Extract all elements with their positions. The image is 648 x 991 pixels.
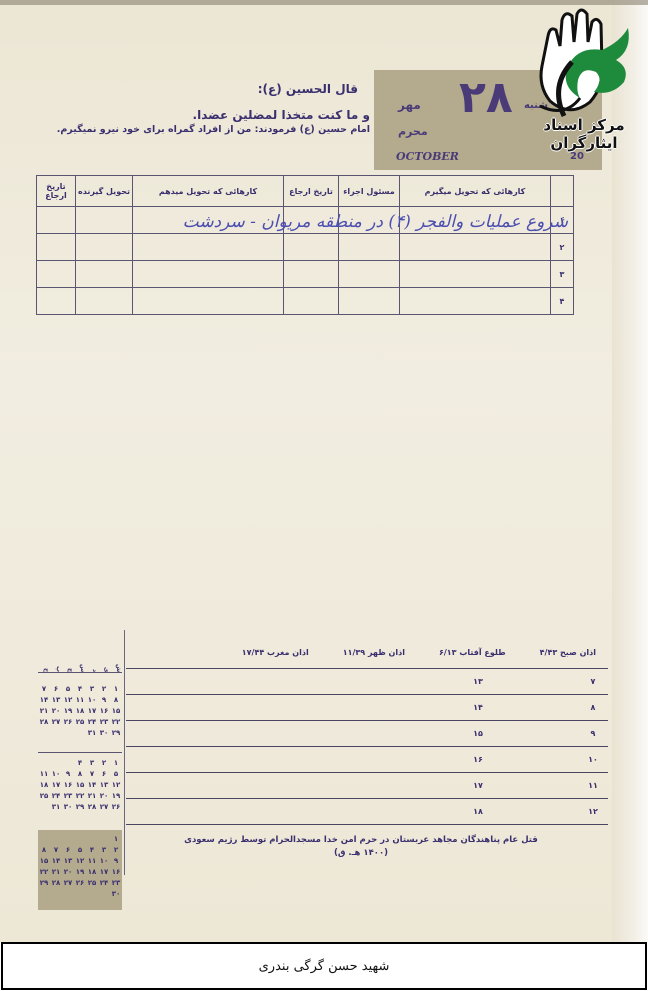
calendar-day: ۱۷ <box>86 706 98 717</box>
calendar-day: ۲۲ <box>38 867 50 878</box>
row-index: ۸ <box>578 695 608 721</box>
calendar-day: ۳۰ <box>62 802 74 813</box>
gregorian-month: OCTOBER <box>396 150 459 163</box>
weekday-header: س <box>74 634 86 672</box>
weekday-header: ش <box>110 634 122 672</box>
calendar-day: ۲۴ <box>50 791 62 802</box>
logo-text: مرکز اسناد ایثارگران <box>520 116 648 152</box>
table-row: ۳ <box>37 261 574 288</box>
calendar-day: ۲۹ <box>74 802 86 813</box>
calendar-day: ۲۳ <box>98 717 110 728</box>
calendar-day: ۸ <box>110 695 122 706</box>
calendar-day: ۱۱ <box>74 695 86 706</box>
calendar-day: ۲۵ <box>38 791 50 802</box>
hour-row: ۹۱۵ <box>126 721 608 747</box>
mini-calendar-2: ۱۲۳۴۵۶۷۸۹۱۰۱۱۱۲۱۳۱۴۱۵۱۶۱۷۱۸۱۹۲۰۲۱۲۲۲۳۲۴۲… <box>38 758 122 813</box>
solar-month: مهر <box>398 98 421 112</box>
calendar-day: ۲۴ <box>86 717 98 728</box>
row-index: ۱۱ <box>578 773 608 799</box>
calendar-day: ۳ <box>98 845 110 856</box>
calendar-day: ۱۲ <box>62 695 74 706</box>
lunar-month: محرم <box>398 125 428 138</box>
quote-title: قال الحسين (ع): <box>10 82 358 96</box>
calendar-day: ۱ <box>110 834 122 845</box>
quote-persian: امام حسین (ع) فرمودند: من از افراد گمراه… <box>10 124 370 135</box>
header-executor: مسئول اجراء <box>339 176 400 207</box>
gregorian-day: 20 <box>570 151 584 162</box>
calendar-day: ۱۳ <box>62 856 74 867</box>
calendar-week: ۱۵۱۶۱۷۱۸۱۹۲۰۲۱ <box>38 706 122 717</box>
calendar-day: ۳۱ <box>50 802 62 813</box>
event-note-line1: قتل عام پناهندگان مجاهد عربستان در حرم ا… <box>126 834 596 847</box>
calendar-day: ۱۹ <box>62 706 74 717</box>
hour-row: ۱۲۱۸ <box>126 799 608 825</box>
calendar-day: ۲۵ <box>86 878 98 889</box>
header-delivered-tasks: کارهائی که تحویل میدهم <box>133 176 284 207</box>
calendar-day: ۱۸ <box>38 780 50 791</box>
row-index: ۱۰ <box>578 747 608 773</box>
calendar-week: ۱۶۱۷۱۸۱۹۲۰۲۱۲۲ <box>38 867 122 878</box>
calendar-day: ۱۷ <box>98 867 110 878</box>
calendar-day: ۱۸ <box>74 706 86 717</box>
calendar-day: ۳ <box>86 758 98 769</box>
maghrib-time: اذان مغرب ۱۷/۴۴ <box>242 648 309 657</box>
calendar-week: ۱ <box>38 834 122 845</box>
calendar-day: ۲۶ <box>62 717 74 728</box>
calendar-day: ۲۱ <box>38 706 50 717</box>
calendar-day: ۱۱ <box>38 769 50 780</box>
calendar-day: ۱۶ <box>62 780 74 791</box>
calendar-day: ۴ <box>74 758 86 769</box>
header-num <box>551 176 574 207</box>
hour-label: ۱۵ <box>378 721 578 747</box>
header-referral-date-2: تاریخ ارجاع <box>37 176 76 207</box>
calendar-day: ۲۳ <box>62 791 74 802</box>
calendar-day: ۲۰ <box>62 867 74 878</box>
calendar-day: ۱۵ <box>38 856 50 867</box>
row-number: ۴ <box>551 288 574 315</box>
calendar-day: ۶ <box>50 684 62 695</box>
dhuhr-time: اذان ظهر ۱۱/۳۹ <box>343 648 405 657</box>
row-index: ۱۲ <box>578 799 608 825</box>
calendar-day: ۲۹ <box>38 878 50 889</box>
calendar-week: ۱۲۱۳۱۴۱۵۱۶۱۷۱۸ <box>38 780 122 791</box>
mini-calendar-3: ۱۲۳۴۵۶۷۸۹۱۰۱۱۱۲۱۳۱۴۱۵۱۶۱۷۱۸۱۹۲۰۲۱۲۲۲۳۲۴۲… <box>38 834 122 900</box>
mini-calendar-1: ۱۲۳۴۵۶۷۸۹۱۰۱۱۱۲۱۳۱۴۱۵۱۶۱۷۱۸۱۹۲۰۲۱۲۲۲۳۲۴۲… <box>38 684 122 739</box>
calendar-day: ۱۶ <box>98 706 110 717</box>
calendar-day: ۲۵ <box>74 717 86 728</box>
calendar-day: ۲ <box>98 758 110 769</box>
calendar-day: ۱۴ <box>50 856 62 867</box>
calendar-day: ۱۳ <box>50 695 62 706</box>
weekday-header: پ <box>50 634 62 672</box>
calendar-week: ۲۳۴۵۶۷۸ <box>38 845 122 856</box>
calendar-day: ۴ <box>74 684 86 695</box>
hour-row: ۱۰۱۶ <box>126 747 608 773</box>
weekday-header: ی <box>98 634 110 672</box>
hour-table: ۷۱۳ ۸۱۴ ۹۱۵ ۱۰۱۶ ۱۱۱۷ ۱۲۱۸ <box>126 668 608 825</box>
calendar-day: ۲۷ <box>50 717 62 728</box>
calendar-week: ۲۳۲۴۲۵۲۶۲۷۲۸۲۹ <box>38 878 122 889</box>
calendar-day: ۷ <box>50 845 62 856</box>
calendar-day: ۲۳ <box>110 878 122 889</box>
calendar-day: ۳۱ <box>86 728 98 739</box>
hour-row: ۱۱۱۷ <box>126 773 608 799</box>
caption: شهید حسن گرگی بندری <box>1 942 647 990</box>
calendar-day: ۵ <box>74 845 86 856</box>
calendar-day: ۲۶ <box>74 878 86 889</box>
calendar-day: ۱ <box>110 758 122 769</box>
calendar-week: ۱۲۳۴۵۶۷ <box>38 684 122 695</box>
calendar-day: ۱۸ <box>86 867 98 878</box>
calendar-day: ۹ <box>62 769 74 780</box>
table-row: ۴ <box>37 288 574 315</box>
hour-label: ۱۷ <box>378 773 578 799</box>
hour-label: ۱۴ <box>378 695 578 721</box>
calendar-day: ۲۸ <box>86 802 98 813</box>
calendar-day: ۱۰ <box>86 695 98 706</box>
calendar-day: ۷ <box>86 769 98 780</box>
calendar-day: ۵ <box>62 684 74 695</box>
calendar-week: ۱۲۳۴ <box>38 758 122 769</box>
calendar-day: ۱۷ <box>50 780 62 791</box>
header-received-tasks: کارهائی که تحویل میگیرم <box>400 176 551 207</box>
calendar-day: ۲۷ <box>62 878 74 889</box>
calendar-day: ۳۰ <box>98 728 110 739</box>
prayer-times: اذان صبح ۴/۴۳ طلوع آفتاب ۶/۱۳ اذان ظهر ۱… <box>126 648 596 657</box>
calendar-day: ۶ <box>98 769 110 780</box>
calendar-day: ۲۸ <box>38 717 50 728</box>
calendar-week: ۱۹۲۰۲۱۲۲۲۳۲۴۲۵ <box>38 791 122 802</box>
calendar-day: ۳۰ <box>110 889 122 900</box>
hour-label: ۱۳ <box>378 669 578 695</box>
event-note: قتل عام پناهندگان مجاهد عربستان در حرم ا… <box>126 834 596 860</box>
handwritten-entry: شروع عملیات والفجر (۴) در منطقه مریوان -… <box>118 212 568 232</box>
table-row: ۲ <box>37 234 574 261</box>
calendar-day: ۱۵ <box>74 780 86 791</box>
calendar-week: ۲۲۲۳۲۴۲۵۲۶۲۷۲۸ <box>38 717 122 728</box>
quote-arabic: و ما کنت متخذا لمضلین عضدا. <box>10 108 370 122</box>
calendar-day: ۱۲ <box>74 856 86 867</box>
weekday-header: ج <box>38 634 50 672</box>
row-index: ۹ <box>578 721 608 747</box>
row-number: ۳ <box>551 261 574 288</box>
calendar-day: ۱۱ <box>86 856 98 867</box>
calendar-day: ۲۰ <box>50 706 62 717</box>
calendar-week: ۲۶۲۷۲۸۲۹۳۰۳۱ <box>38 802 122 813</box>
calendar-day: ۲۸ <box>50 878 62 889</box>
calendar-day: ۱۹ <box>110 791 122 802</box>
calendar-day: ۹ <box>110 856 122 867</box>
event-note-line2: (۱۴۰۰ هـ. ق) <box>126 847 596 860</box>
calendar-day: ۲۶ <box>110 802 122 813</box>
calendar-week: ۲۹۳۰۳۱ <box>38 728 122 739</box>
calendar-border <box>124 630 125 875</box>
calendar-day: ۱۰ <box>98 856 110 867</box>
hour-label: ۱۶ <box>378 747 578 773</box>
calendar-day: ۲۰ <box>98 791 110 802</box>
calendar-day: ۱۰ <box>50 769 62 780</box>
fajr-time: اذان صبح ۴/۴۳ <box>540 648 596 657</box>
calendar-day: ۱۴ <box>38 695 50 706</box>
row-index: ۷ <box>578 669 608 695</box>
sunrise-time: طلوع آفتاب ۶/۱۳ <box>439 648 506 657</box>
calendar-day: ۲۲ <box>110 717 122 728</box>
caption-text: شهید حسن گرگی بندری <box>259 959 390 974</box>
calendar-day: ۳ <box>86 684 98 695</box>
header-referral-date: تاریخ ارجاع <box>284 176 339 207</box>
calendar-day: ۱۶ <box>110 867 122 878</box>
calendar-day: ۲۱ <box>50 867 62 878</box>
day-number: ۲۸ <box>459 72 513 123</box>
calendar-week: ۳۰ <box>38 889 122 900</box>
calendar-divider <box>38 752 122 753</box>
calendar-day: ۲۴ <box>98 878 110 889</box>
hour-label: ۱۸ <box>378 799 578 825</box>
header-quote: قال الحسين (ع): و ما کنت متخذا لمضلین عض… <box>10 82 370 135</box>
hour-row: ۷۱۳ <box>126 669 608 695</box>
calendar-day: ۲۷ <box>98 802 110 813</box>
task-table: کارهائی که تحویل میگیرم مسئول اجراء تاری… <box>36 175 574 315</box>
calendar-day: ۱ <box>110 684 122 695</box>
calendar-weekday-headers: ش ی د س چ پ ج <box>38 634 122 673</box>
calendar-day: ۵ <box>110 769 122 780</box>
hour-row: ۸۱۴ <box>126 695 608 721</box>
calendar-day: ۲۱ <box>86 791 98 802</box>
calendar-day: ۲۲ <box>74 791 86 802</box>
calendar-day: ۹ <box>98 695 110 706</box>
calendar-week: ۸۹۱۰۱۱۱۲۱۳۱۴ <box>38 695 122 706</box>
calendar-day: ۱۲ <box>110 780 122 791</box>
calendar-day: ۱۵ <box>110 706 122 717</box>
top-shadow <box>0 0 648 5</box>
calendar-day: ۱۴ <box>86 780 98 791</box>
calendar-day: ۲۹ <box>110 728 122 739</box>
calendar-day: ۷ <box>38 684 50 695</box>
calendar-day: ۸ <box>38 845 50 856</box>
calendar-day: ۱۹ <box>74 867 86 878</box>
weekday-header: چ <box>62 634 74 672</box>
calendar-week: ۵۶۷۸۹۱۰۱۱ <box>38 769 122 780</box>
calendar-day: ۲ <box>110 845 122 856</box>
weekday-header: د <box>86 634 98 672</box>
row-number: ۲ <box>551 234 574 261</box>
calendar-day: ۶ <box>62 845 74 856</box>
calendar-day: ۴ <box>86 845 98 856</box>
calendar-day: ۸ <box>74 769 86 780</box>
task-table-header: کارهائی که تحویل میگیرم مسئول اجراء تاری… <box>37 176 574 207</box>
calendar-day: ۲ <box>98 684 110 695</box>
header-recipient: تحویل گیرنده <box>76 176 133 207</box>
calendar-week: ۹۱۰۱۱۱۲۱۳۱۴۱۵ <box>38 856 122 867</box>
calendar-day: ۱۳ <box>98 780 110 791</box>
